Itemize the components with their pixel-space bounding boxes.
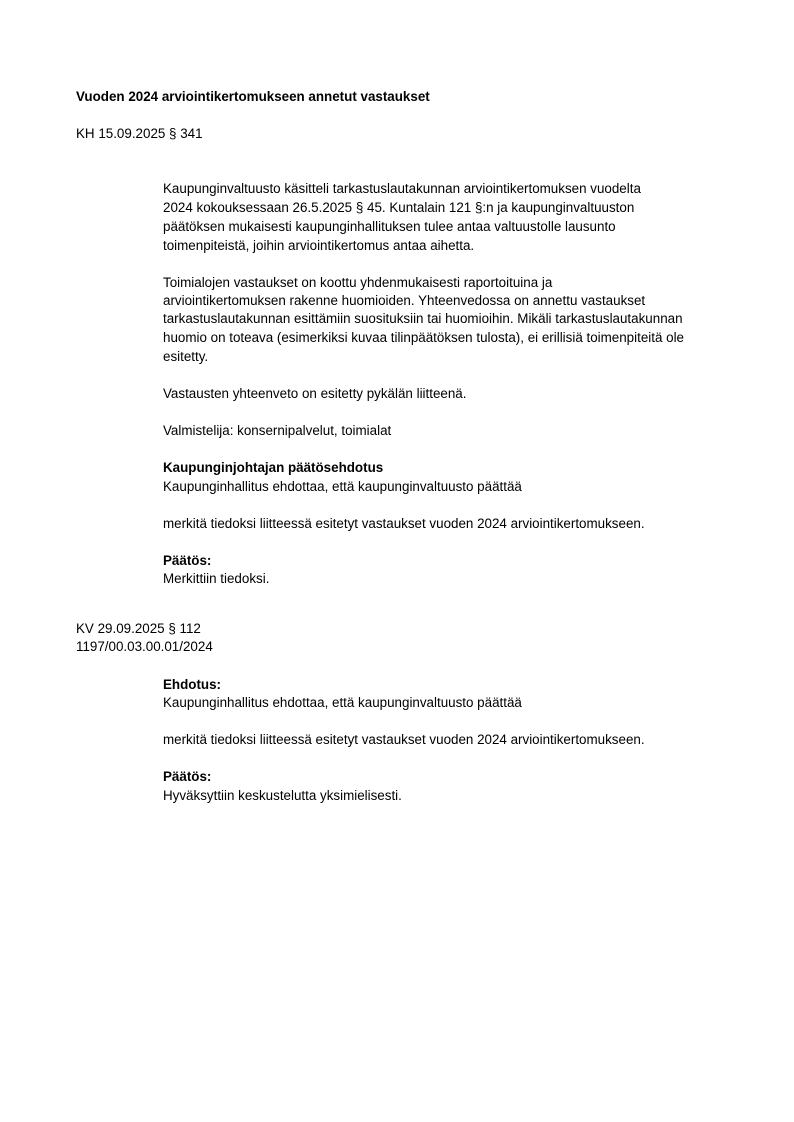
text-line: Toimialojen vastaukset on koottu yhdenmu… — [163, 274, 552, 292]
text-line: päätöksen mukaisesti kaupunginhallitukse… — [163, 218, 616, 236]
proposal-action: merkitä tiedoksi liitteessä esitetyt vas… — [163, 515, 645, 533]
kv-proposal-text: Kaupunginhallitus ehdottaa, että kaupung… — [163, 694, 522, 712]
kh-paragraph-3: Vastausten yhteenveto on esitetty pykälä… — [163, 385, 466, 403]
proposal-text: Kaupunginhallitus ehdottaa, että kaupung… — [163, 478, 522, 496]
kv-proposal-action: merkitä tiedoksi liitteessä esitetyt vas… — [163, 731, 645, 749]
kv-decision-heading: Päätös: — [163, 768, 211, 786]
kv-reference: KV 29.09.2025 § 112 — [76, 620, 201, 638]
preparer-line: Valmistelija: konsernipalvelut, toimiala… — [163, 422, 391, 440]
kv-decision-text: Hyväksyttiin keskustelutta yksimielisest… — [163, 787, 402, 805]
text-line: huomio on toteava (esimerkiksi kuvaa til… — [163, 329, 684, 347]
proposal-heading: Kaupunginjohtajan päätösehdotus — [163, 459, 383, 477]
text-line: tarkastuslautakunnan esittämiin suosituk… — [163, 310, 683, 328]
text-line: arviointikertomuksen rakenne huomioiden.… — [163, 292, 645, 310]
text-line: toimenpiteistä, joihin arviointikertomus… — [163, 237, 474, 255]
decision-text: Merkittiin tiedoksi. — [163, 570, 269, 588]
text-line: 2024 kokouksessaan 26.5.2025 § 45. Kunta… — [163, 199, 634, 217]
kv-record-number: 1197/00.03.00.01/2024 — [76, 638, 213, 656]
text-line: esitetty. — [163, 348, 208, 366]
decision-heading: Päätös: — [163, 552, 211, 570]
document-title: Vuoden 2024 arviointikertomukseen annetu… — [76, 88, 430, 106]
text-line: Kaupunginvaltuusto käsitteli tarkastusla… — [163, 180, 641, 198]
kh-reference: KH 15.09.2025 § 341 — [76, 125, 203, 143]
kv-proposal-heading: Ehdotus: — [163, 676, 221, 694]
